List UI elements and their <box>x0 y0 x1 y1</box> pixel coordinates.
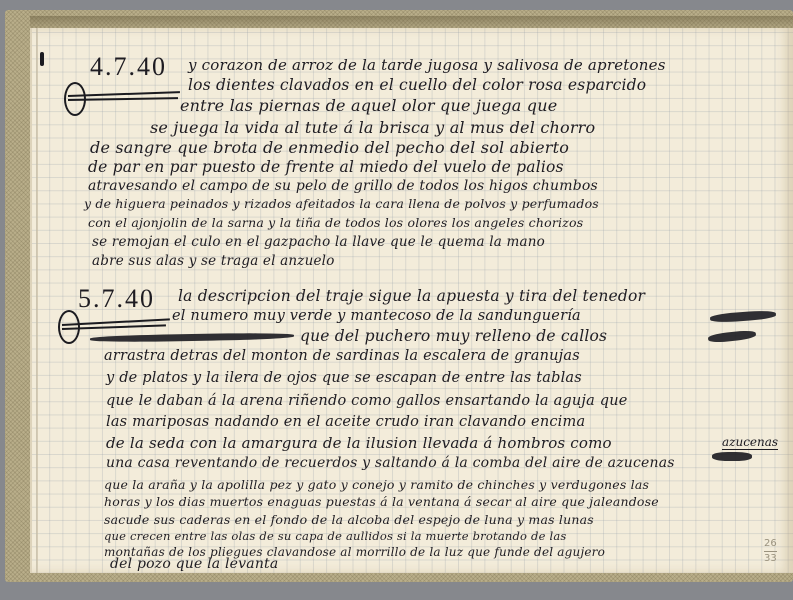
entry-line: del pozo que la levanta <box>110 556 278 572</box>
entry-line: atravesando el campo de su pelo de grill… <box>88 178 598 194</box>
page-number: 26 33 <box>764 538 777 565</box>
entry-line: de par en par puesto de frente al miedo … <box>88 158 564 176</box>
entry-line: y de higuera peinados y rizados afeitado… <box>84 196 599 211</box>
entry-line: se remojan el culo en el gazpacho la lla… <box>92 234 545 250</box>
entry-line: se juega la vida al tute á la brisca y a… <box>150 118 595 137</box>
page-number-top: 26 <box>764 538 777 549</box>
entry-line: que del puchero muy relleno de callos <box>300 327 607 345</box>
crossed-out-word <box>712 452 752 461</box>
entry-date: 4.7.40 <box>90 52 167 82</box>
entry-line: el numero muy verde y mantecoso de la sa… <box>172 308 581 324</box>
entry-line: con el ajonjolin de la sarna y la tiña d… <box>88 215 583 230</box>
entry-line: y corazon de arroz de la tarde jugosa y … <box>188 56 666 74</box>
entry-line: la descripcion del traje sigue la apuest… <box>178 287 645 305</box>
entry-line: abre sus alas y se traga el anzuelo <box>92 253 335 269</box>
entry-line: sacude sus caderas en el fondo de la alc… <box>104 512 594 527</box>
entry-line: de la seda con la amargura de la ilusion… <box>106 434 612 452</box>
entry-line: los dientes clavados en el cuello del co… <box>188 76 646 94</box>
page-number-bottom: 33 <box>764 553 777 564</box>
entry-line: las mariposas nadando en el aceite crudo… <box>106 414 585 430</box>
entry-line: que la araña y la apolilla pez y gato y … <box>104 477 649 492</box>
entry-date: 5.7.40 <box>78 284 155 314</box>
page-number-divider <box>764 551 777 552</box>
margin-line <box>36 28 38 573</box>
entry-line: horas y los dias muertos enaguas puestas… <box>104 494 659 509</box>
entry-line: entre las piernas de aquel olor que jueg… <box>180 96 557 115</box>
entry-line: y de platos y la ilera de ojos que se es… <box>106 370 582 386</box>
entry-line: que crecen entre las olas de su capa de … <box>104 529 567 543</box>
entry-line: que le daban á la arena riñendo como gal… <box>106 393 628 409</box>
ink-mark <box>40 52 44 66</box>
entry-line: una casa reventando de recuerdos y salta… <box>106 455 675 471</box>
insertion-word: azucenas <box>722 435 778 450</box>
entry-line: de sangre que brota de enmedio del pecho… <box>90 138 569 157</box>
entry-line: arrastra detras del monton de sardinas l… <box>104 348 580 364</box>
